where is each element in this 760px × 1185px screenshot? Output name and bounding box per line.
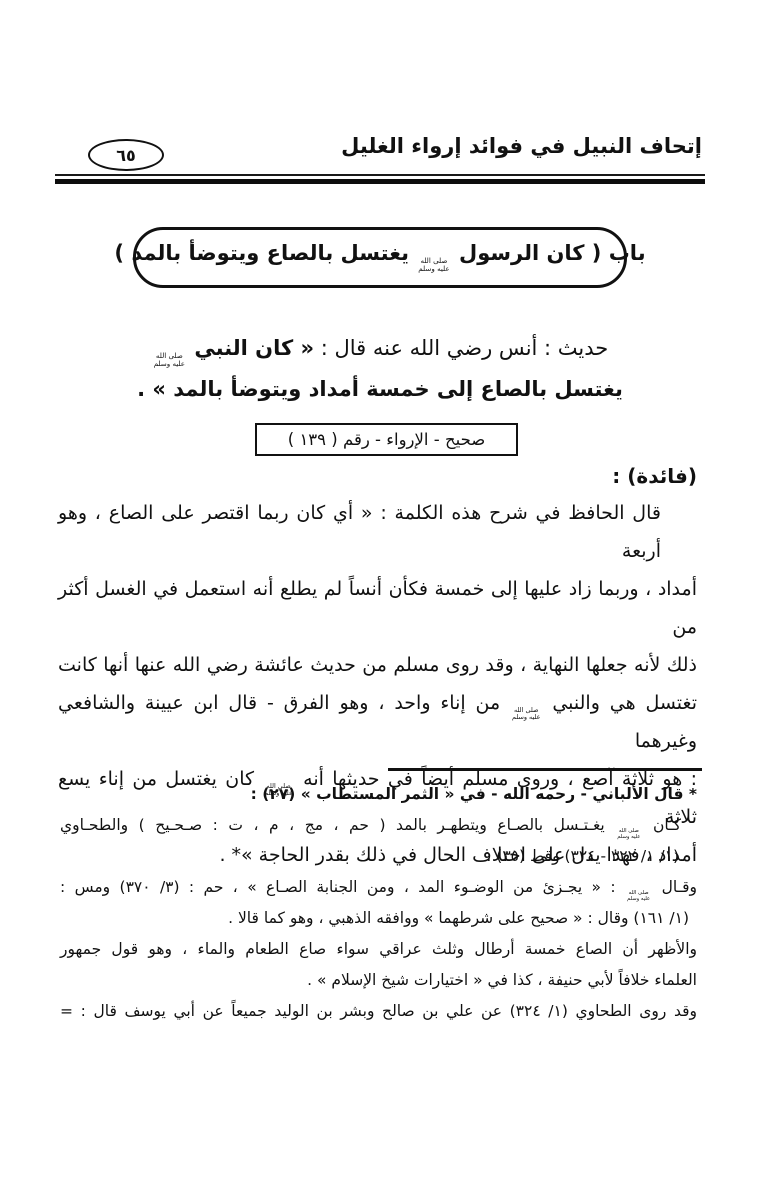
footnote-block: * قال الألباني - رحمه الله - في « الثمر … — [60, 779, 697, 1027]
footnote-separator — [388, 768, 702, 771]
chapter-title: باب ( كان الرسول صلى اللهعليه وسلم يغتسل… — [114, 241, 645, 274]
hadith-line-2: يغتسل بالصاع إلى خمسة أمداد ويتوضأ بالمد… — [60, 369, 700, 409]
grading-box: صحيح - الإرواء - رقم ( ١٣٩ ) — [255, 423, 518, 456]
header-rule-thick — [55, 179, 705, 184]
hadith-block: حديث‌ : أنس رضي الله عنه قال‌ : « كان ال… — [60, 328, 700, 409]
footnote-line: * قال الألباني - رحمه الله - في « الثمر … — [60, 779, 697, 810]
hadith-quote-start: « كان النبي صلى اللهعليه وسلم — [152, 336, 314, 360]
hadith-intro: حديث‌ : أنس رضي الله عنه قال‌ : — [314, 336, 608, 360]
footnote-line: وقد روى الطحاوي (١/ ٣٢٤) عن علي بن صالح … — [60, 996, 697, 1027]
saw-ligature-icon: صلى اللهعليه وسلم — [627, 890, 650, 902]
grading-label: صحيح - الإرواء - رقم ( ١٣٩ ) — [288, 430, 486, 449]
faida-heading: (فائدة) : — [612, 464, 697, 488]
saw-ligature-icon: صلى اللهعليه وسلم — [617, 828, 640, 840]
footnote-line: والأظهر أن الصاع خمسة أرطال وثلث عراقي س… — [60, 934, 697, 965]
commentary-line: ذلك لأنه جعلها النهاية ، وقد روى مسلم من… — [58, 646, 697, 684]
footnote-line: (١/ ١/ ٣٢٢ - ٣٢٤) وقط (٣٥) . — [60, 841, 697, 872]
saw-ligature-icon: صلى اللهعليه وسلم — [418, 257, 449, 274]
footnote-line: (١/ ١٦١) وقال : « صحيح على شرطهما » وواف… — [60, 903, 697, 934]
header-rule-thin — [55, 174, 705, 176]
commentary-line: قال الحافظ في شرح هذه الكلمة : « أي كان … — [58, 494, 697, 570]
page-number: ٦٥ — [116, 146, 136, 165]
page-number-badge: ٦٥ — [88, 139, 164, 171]
hadith-line-1: حديث‌ : أنس رضي الله عنه قال‌ : « كان ال… — [60, 328, 700, 369]
book-page: ٦٥ إتحاف النبيل في فوائد إرواء الغليل با… — [0, 0, 760, 1185]
chapter-title-box: باب ( كان الرسول صلى اللهعليه وسلم يغتسل… — [133, 227, 627, 288]
commentary-line: تغتسل هي والنبي صلى اللهعليه وسلم من إنا… — [58, 684, 697, 760]
saw-ligature-icon: صلى اللهعليه وسلم — [512, 707, 540, 722]
footnote-line: وقـال صلى اللهعليه وسلم : « يجـزئ من الو… — [60, 872, 697, 903]
footnote-line: العلماء خلافاً لأبي حنيفة ، كذا في « اخت… — [60, 965, 697, 996]
commentary-line: أمداد ، وربما زاد عليها إلى خمسة فكأن أن… — [58, 570, 697, 646]
footnote-line: كـان صلى اللهعليه وسلم يغـتـسل بالصـاع و… — [60, 810, 697, 841]
saw-ligature-icon: صلى اللهعليه وسلم — [154, 352, 185, 369]
book-title: إتحاف النبيل في فوائد إرواء الغليل — [341, 134, 702, 158]
